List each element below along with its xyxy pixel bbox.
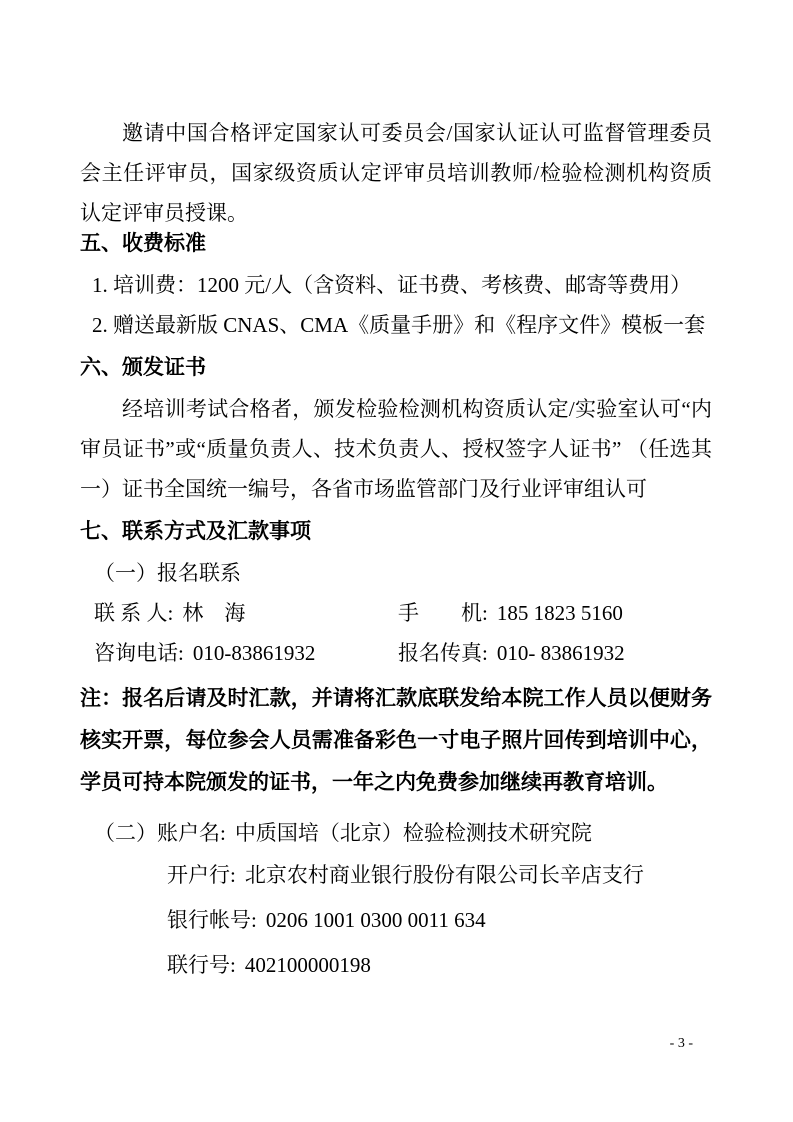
bank-details-block: 开户行:北京农村商业银行股份有限公司长辛店支行 银行帐号:0206 1001 0… xyxy=(80,853,712,988)
contact-person-field: 联 系 人:林 海 xyxy=(94,593,398,633)
fax-label: 报名传真: xyxy=(398,641,488,665)
contact-person-value: 林 海 xyxy=(182,601,245,625)
mobile-field: 手 机:185 1823 5160 xyxy=(398,593,712,633)
account-number-row: 银行帐号:0206 1001 0300 0011 634 xyxy=(167,898,712,943)
section-7-heading: 七、联系方式及汇款事项 xyxy=(80,509,712,553)
account-name-row: （二）账户名:中质国培（北京）检验检测技术研究院 xyxy=(80,813,712,853)
bank-row: 开户行:北京农村商业银行股份有限公司长辛店支行 xyxy=(167,853,712,898)
account-number-value: 0206 1001 0300 0011 634 xyxy=(266,908,486,932)
fax-value: 010- 83861932 xyxy=(497,641,625,665)
account-name-label: （二）账户名: xyxy=(94,821,226,845)
remittance-note: 注：报名后请及时汇款，并请将汇款底联发给本院工作人员以便财务核实开票，每位参会人… xyxy=(80,677,712,803)
mobile-label: 手 机: xyxy=(398,601,488,625)
intro-paragraph: 邀请中国合格评定国家认可委员会/国家认证认可监督管理委员会主任评审员，国家级资质… xyxy=(80,113,712,233)
fax-field: 报名传真:010- 83861932 xyxy=(398,633,712,673)
registration-contact-subtitle: （一）报名联系 xyxy=(80,553,712,593)
account-name-value: 中质国培（北京）检验检测技术研究院 xyxy=(235,821,592,845)
contact-row-1: 联 系 人:林 海 手 机:185 1823 5160 xyxy=(80,593,712,633)
bank-label: 开户行: xyxy=(167,863,236,887)
bank-code-value: 402100000198 xyxy=(245,953,371,977)
contact-person-label: 联 系 人: xyxy=(94,601,173,625)
bank-code-label: 联行号: xyxy=(167,953,236,977)
mobile-value: 185 1823 5160 xyxy=(497,601,623,625)
section-5-heading: 五、收费标准 xyxy=(80,221,712,265)
bank-code-row: 联行号:402100000198 xyxy=(167,943,712,988)
phone-value: 010-83861932 xyxy=(193,641,316,665)
fee-item-1: 1. 培训费：1200 元/人（含资料、证书费、考核费、邮寄等费用） xyxy=(80,265,712,305)
certificate-paragraph: 经培训考试合格者，颁发检验检测机构资质认定/实验室认可“内审员证书”或“质量负责… xyxy=(80,389,712,509)
account-number-label: 银行帐号: xyxy=(167,908,257,932)
page-number: - 3 - xyxy=(670,1036,693,1052)
phone-label: 咨询电话: xyxy=(94,641,184,665)
bank-value: 北京农村商业银行股份有限公司长辛店支行 xyxy=(245,863,644,887)
section-6-heading: 六、颁发证书 xyxy=(80,345,712,389)
document-page: 邀请中国合格评定国家认可委员会/国家认证认可监督管理委员会主任评审员，国家级资质… xyxy=(0,0,793,1122)
contact-row-2: 咨询电话:010-83861932 报名传真:010- 83861932 xyxy=(80,633,712,673)
phone-field: 咨询电话:010-83861932 xyxy=(94,633,398,673)
fee-item-2: 2. 赠送最新版 CNAS、CMA《质量手册》和《程序文件》模板一套 xyxy=(80,305,712,345)
